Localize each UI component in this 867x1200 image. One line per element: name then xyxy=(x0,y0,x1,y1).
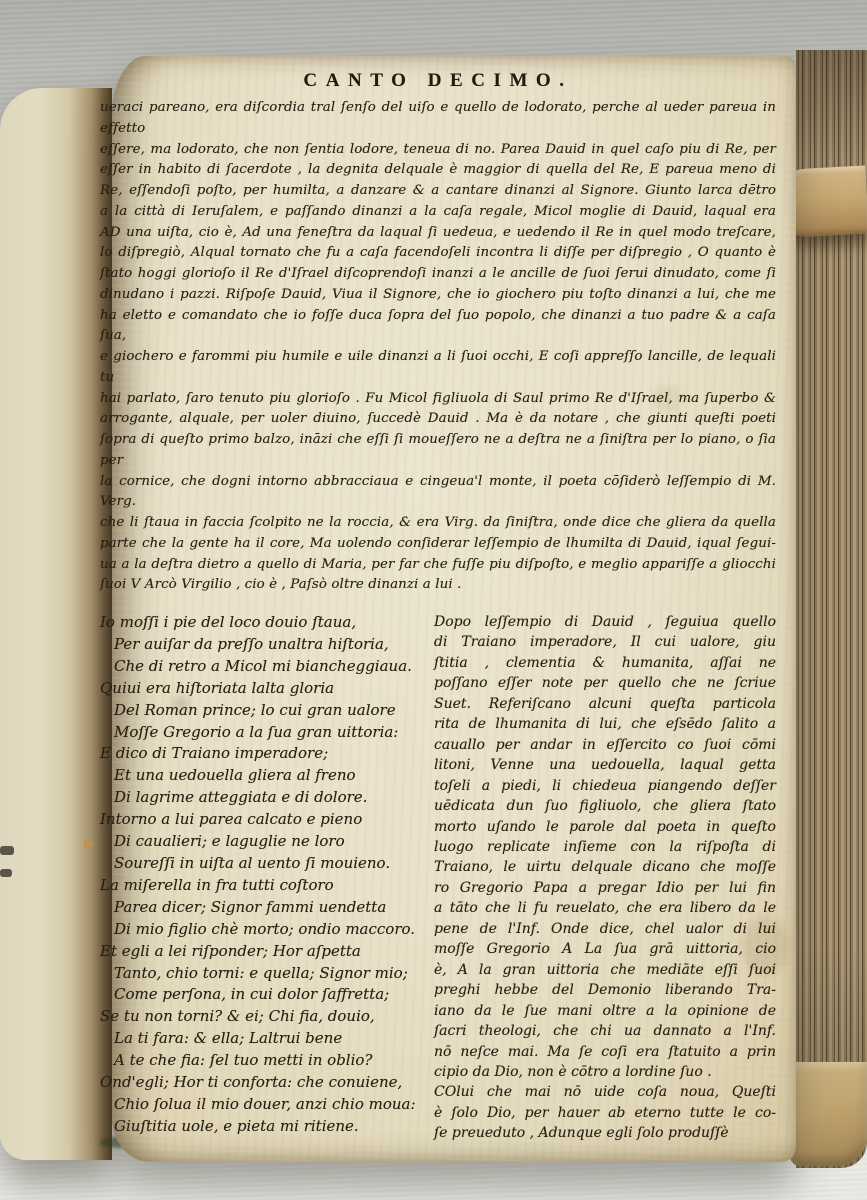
commentary-line: preghi hebbe del Demonio liberando Tra- xyxy=(434,980,776,1000)
verse-line: Intorno a lui parea calcato e pieno xyxy=(100,809,430,831)
intro-line: e giochero e farommi piu humile e uile d… xyxy=(100,347,776,389)
commentary-line: è, A la gran uittoria che mediāte eſſi ſ… xyxy=(434,960,776,980)
commentary-line: cipio da Dio, non è cōtro a lordine ſuo … xyxy=(434,1062,776,1082)
verse-line: Di caualieri; e laguglie ne loro xyxy=(100,831,430,853)
intro-line: lo diſpregiò, Alqual tornato che fu a ca… xyxy=(100,243,776,264)
commentary-line: COlui che mai nō uide coſa noua, Queſti xyxy=(434,1082,776,1102)
verse-line: E dico di Traiano imperadore; xyxy=(100,743,430,765)
verse-line: Parea dicer; Signor fammi uendetta xyxy=(100,897,430,919)
commentary-line: è ſolo Dio, per hauer ab eterno tutte le… xyxy=(434,1103,776,1123)
page-text-block: CANTO DECIMO. ueraci pareano, era diſcor… xyxy=(100,62,776,1144)
verse-line: Per auiſar da preſſo unaltra hiſtoria, xyxy=(100,634,430,656)
commentary-line: ſe preueduto , Adunque egli ſolo produſſ… xyxy=(434,1123,776,1143)
intro-line: Re, eſſendoſi poſto, per humilta, a danz… xyxy=(100,181,776,202)
verse-line: Del Roman prince; lo cui gran ualore xyxy=(100,700,430,722)
commentary-line: ſacri theologi, che chi ua dannato a l'I… xyxy=(434,1021,776,1041)
verse-line: Io moſſi i pie del loco douio ſtaua, xyxy=(100,612,430,634)
commentary-line: morto uſando le parole dal poeta in queſ… xyxy=(434,817,776,837)
commentary-line: ſtitia , clementia & humanita, aſſai ne xyxy=(434,653,776,673)
photo-of-book: { "photo": { "backdrop_color": "#c3c4be"… xyxy=(0,0,867,1200)
verse-line: Quiui era hiſtoriata lalta gloria xyxy=(100,678,430,700)
intro-line: la cornice, che dogni intorno abbracciau… xyxy=(100,472,776,514)
verse-line: Giuſtitia uole, e pieta mi ritiene. xyxy=(100,1116,430,1138)
two-column-area: Io moſſi i pie del loco douio ſtaua,Per … xyxy=(100,612,776,1144)
verse-line: Che di retro a Micol mi biancheggiaua. xyxy=(100,656,430,678)
intro-line: ſtato hoggi glorioſo il Re d'Iſrael diſc… xyxy=(100,264,776,285)
intro-line: a la città di Ieruſalem, e paſſando dina… xyxy=(100,202,776,223)
intro-commentary: ueraci pareano, era diſcordia tral ſenſo… xyxy=(100,98,776,596)
commentary-line: pene de l'Inf. Onde dice, chel ualor di … xyxy=(434,919,776,939)
commentary-line: Traiano, le uirtu delquale dicano che mo… xyxy=(434,857,776,877)
commentary-line: Dopo leſſempio di Dauid , ſeguiua quello xyxy=(434,612,776,632)
commentary-line: litoni, Venne una uedouella, laqual gett… xyxy=(434,755,776,775)
verse-line: La miſerella in fra tutti coſtoro xyxy=(100,875,430,897)
commentary-line: moſſe Gregorio A La ſua grā uittoria, ci… xyxy=(434,939,776,959)
intro-line: eſſere, ma lodorato, che non ſentia lodo… xyxy=(100,140,776,161)
commentary-line: di Traiano imperadore, Il cui ualore, gi… xyxy=(434,632,776,652)
intro-line: che li ſtaua in faccia ſcolpito ne la ro… xyxy=(100,513,776,534)
intro-line: parte che la gente ha il core, Ma uolend… xyxy=(100,534,776,555)
verse-line: Ond'egli; Hor ti conforta: che conuiene, xyxy=(100,1072,430,1094)
intro-line: ſuoi V Arcò Virgilio , cio è , Paſsò olt… xyxy=(100,575,776,596)
verse-line: Moſſe Gregorio a la ſua gran uittoria: xyxy=(100,722,430,744)
verse-column: Io moſſi i pie del loco douio ſtaua,Per … xyxy=(100,612,430,1144)
verse-line: Di lagrime atteggiata e di dolore. xyxy=(100,787,430,809)
verse-line: Chio ſolua il mio douer, anzi chio moua: xyxy=(100,1094,430,1116)
verse-line: Tanto, chio torni: e quella; Signor mio; xyxy=(100,963,430,985)
verse-line: Et una uedouella gliera al freno xyxy=(100,765,430,787)
commentary-line: ro Gregorio Papa a pregar Idio per lui f… xyxy=(434,878,776,898)
intro-line: arrogante, alquale, per uoler diuino, ſu… xyxy=(100,409,776,430)
commentary-line: cauallo per andar in eſſercito co ſuoi c… xyxy=(434,735,776,755)
intro-line: ha eletto e comandato che io foſſe duca … xyxy=(100,306,776,348)
intro-line: dinudano i pazzi. Riſpoſe Dauid, Viua il… xyxy=(100,285,776,306)
commentary-line: Suet. Referiſcano alcuni queſta particol… xyxy=(434,694,776,714)
intro-line: hai parlato, ſaro tenuto piu glorioſo . … xyxy=(100,389,776,410)
fore-edge-corner xyxy=(790,1062,867,1166)
verse-line: A te che fia: ſel tuo metti in oblio? xyxy=(100,1050,430,1072)
intro-line: ueraci pareano, era diſcordia tral ſenſo… xyxy=(100,98,776,140)
verso-page-edge xyxy=(0,88,112,1160)
commentary-line: uēdicata dun ſuo figliuolo, che gliera ſ… xyxy=(434,796,776,816)
commentary-line: nō neſce mai. Ma ſe coſi era ſtatuito a … xyxy=(434,1042,776,1062)
commentary-column: Dopo leſſempio di Dauid , ſeguiua quello… xyxy=(434,612,776,1144)
verse-line: Se tu non torni? & ei; Chi fia, douio, xyxy=(100,1006,430,1028)
commentary-line: a tāto che li fu reuelato, che era liber… xyxy=(434,898,776,918)
verse-line: Come perſona, in cui dolor ſaffretta; xyxy=(100,984,430,1006)
intro-line: AD una uiſta, cio è, Ad una feneſtra da … xyxy=(100,223,776,244)
sewing-support-mark xyxy=(0,846,14,855)
commentary-line: toſeli a piedi, li chiedeua piangendo de… xyxy=(434,776,776,796)
intro-line: eſſer in habito di ſacerdote , la degnit… xyxy=(100,160,776,181)
intro-line: ua a la deſtra dietro a quello di Maria,… xyxy=(100,555,776,576)
verse-line: La ti fara: & ella; Laltrui bene xyxy=(100,1028,430,1050)
sewing-support-mark xyxy=(0,869,12,877)
commentary-line: luogo replicate inſieme con la riſpoſta … xyxy=(434,837,776,857)
commentary-line: rita de lhumanita di lui, che eſsēdo ſal… xyxy=(434,714,776,734)
commentary-line: iano da le ſue mani oltre a la opinione … xyxy=(434,1001,776,1021)
commentary-line: poſſano eſſer note per quello che ne ſcr… xyxy=(434,673,776,693)
canto-title: CANTO DECIMO. xyxy=(100,68,776,94)
intro-line: ſopra di queſto primo balzo, ināzi che e… xyxy=(100,430,776,472)
verse-line: Di mio figlio chè morto; ondio maccoro. xyxy=(100,919,430,941)
verse-line: Soureſſi in uiſta al uento ſi mouieno. xyxy=(100,853,430,875)
verse-line: Et egli a lei riſponder; Hor aſpetta xyxy=(100,941,430,963)
